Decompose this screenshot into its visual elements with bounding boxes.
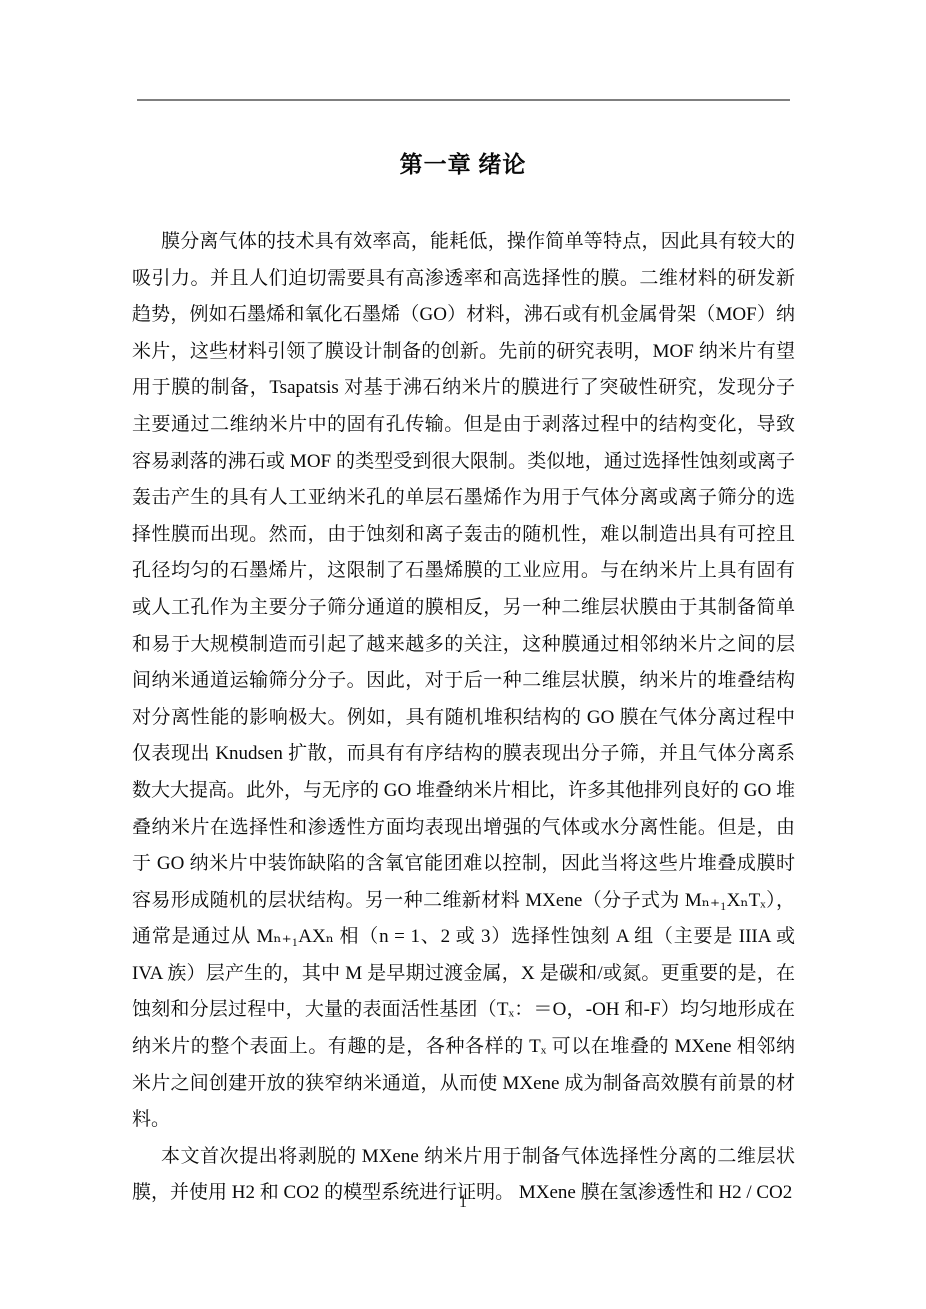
document-body: 膜分离气体的技术具有效率高，能耗低，操作简单等特点，因此具有较大的吸引力。并且人…: [132, 224, 795, 1212]
document-page: 第一章 绪论 膜分离气体的技术具有效率高，能耗低，操作简单等特点，因此具有较大的…: [0, 0, 926, 1309]
body-paragraph-1: 膜分离气体的技术具有效率高，能耗低，操作简单等特点，因此具有较大的吸引力。并且人…: [132, 224, 795, 1139]
page-number: 1: [0, 1194, 926, 1212]
chapter-title: 第一章 绪论: [0, 146, 926, 179]
header-rule: [137, 99, 790, 101]
